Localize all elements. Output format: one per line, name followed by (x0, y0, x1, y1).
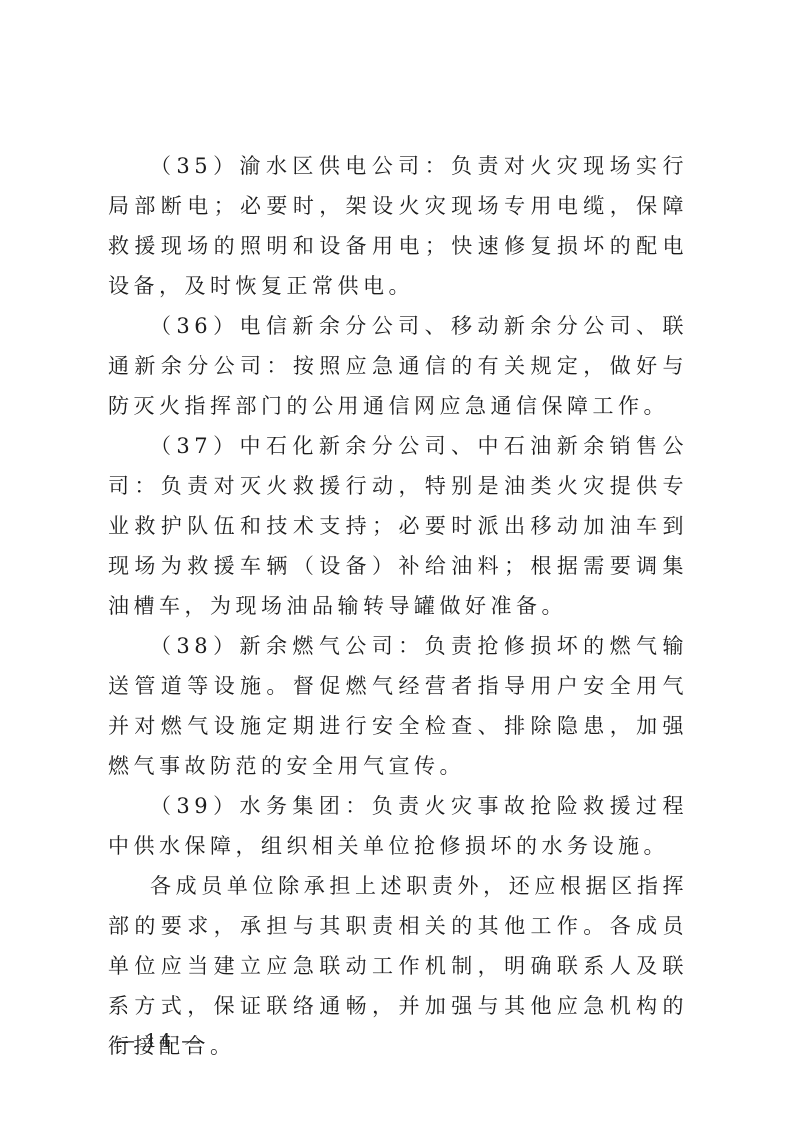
paragraph-35: （35）渝水区供电公司：负责对火灾现场实行局部断电；必要时，架设火灾现场专用电缆… (108, 146, 688, 306)
document-body: （35）渝水区供电公司：负责对火灾现场实行局部断电；必要时，架设火灾现场专用电缆… (108, 146, 688, 1066)
page-number: — 14 — (116, 1030, 202, 1052)
paragraph-36: （36）电信新余分公司、移动新余分公司、联通新余分公司：按照应急通信的有关规定，… (108, 306, 688, 426)
document-page: （35）渝水区供电公司：负责对火灾现场实行局部断电；必要时，架设火灾现场专用电缆… (0, 0, 794, 1123)
paragraph-39: （39）水务集团：负责火灾事故抢险救援过程中供水保障，组织相关单位抢修损坏的水务… (108, 786, 688, 866)
paragraph-37: （37）中石化新余分公司、中石油新余销售公司：负责对灭火救援行动，特别是油类火灾… (108, 426, 688, 626)
paragraph-38: （38）新余燃气公司：负责抢修损坏的燃气输送管道等设施。督促燃气经营者指导用户安… (108, 626, 688, 786)
